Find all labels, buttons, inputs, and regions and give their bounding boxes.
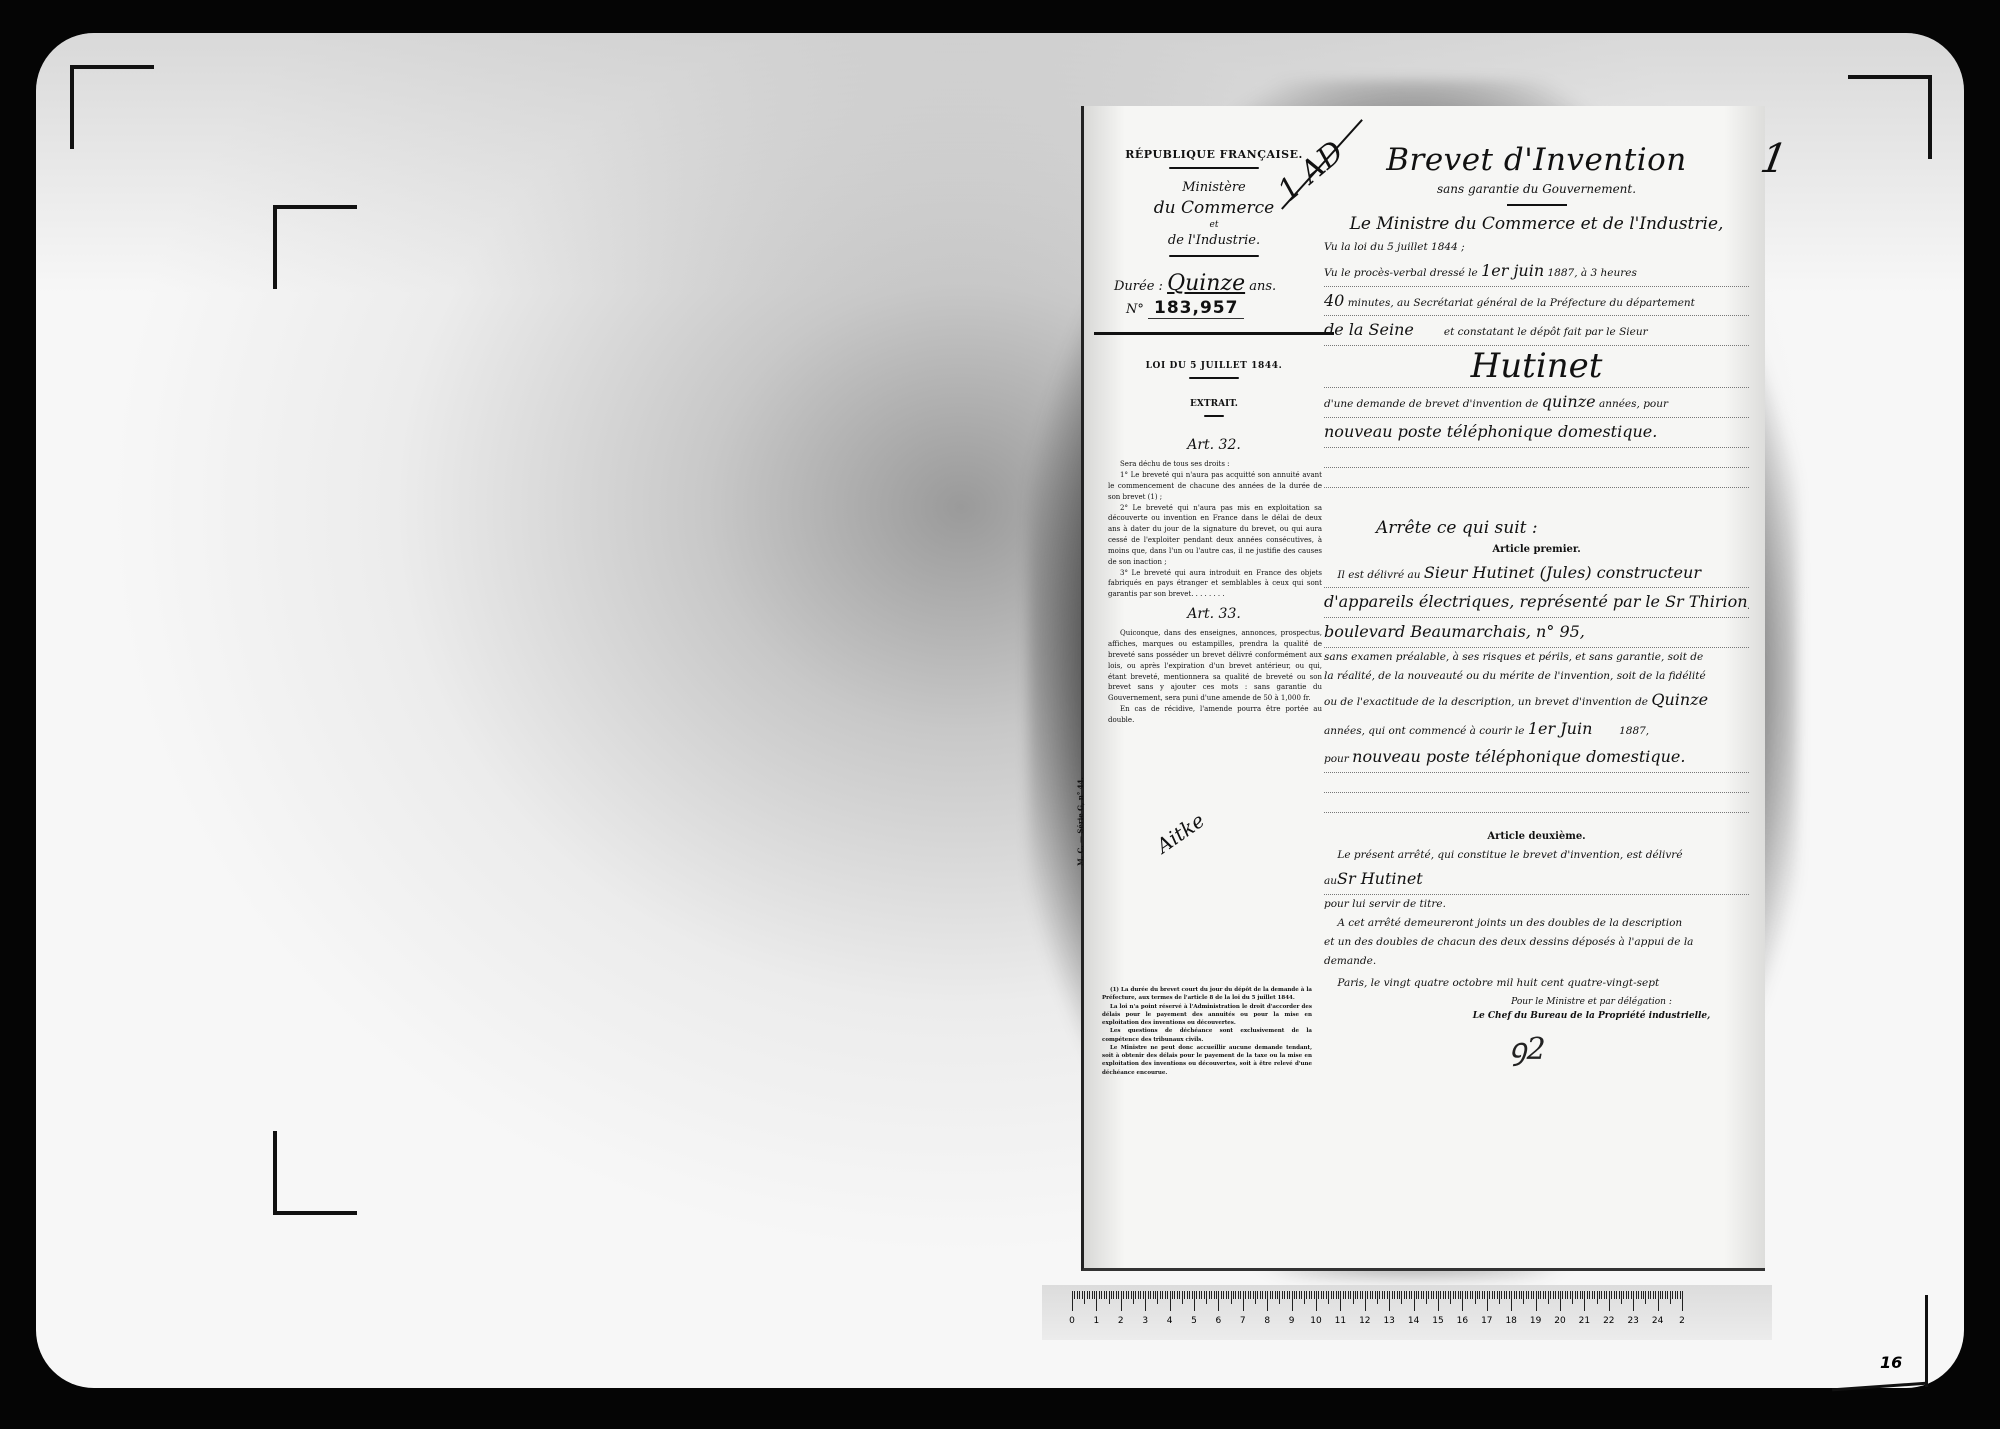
ruler-label: 8 bbox=[1264, 1316, 1270, 1326]
ruler-tick bbox=[1123, 1291, 1124, 1299]
ruler-tick bbox=[1179, 1291, 1180, 1299]
ruler-tick bbox=[1279, 1291, 1280, 1304]
text: Le présent arrêté, qui constitue le brev… bbox=[1337, 849, 1682, 861]
ruler-label: 19 bbox=[1530, 1316, 1541, 1326]
article-line: A cet arrêté demeureront joints un des d… bbox=[1324, 914, 1749, 933]
ruler-tick bbox=[1289, 1291, 1290, 1299]
ruler-tick bbox=[1528, 1291, 1529, 1299]
ruler-tick bbox=[1201, 1291, 1202, 1299]
ruler-tick bbox=[1445, 1291, 1446, 1299]
ruler-tick bbox=[1143, 1291, 1144, 1299]
ruler-label: 13 bbox=[1383, 1316, 1394, 1326]
ruler-tick bbox=[1116, 1291, 1117, 1299]
patent-number: 183,957 bbox=[1148, 298, 1244, 319]
handwritten-text: 1er Juin bbox=[1528, 719, 1593, 738]
ruler-tick bbox=[1582, 1291, 1583, 1299]
ruler-tick bbox=[1353, 1291, 1354, 1304]
ruler-tick bbox=[1553, 1291, 1554, 1299]
ruler-tick bbox=[1379, 1291, 1380, 1299]
ruler-label: 21 bbox=[1579, 1316, 1590, 1326]
ruler-tick bbox=[1565, 1291, 1566, 1299]
duration-value: Quinze bbox=[1167, 271, 1245, 296]
series-reference: M. C. — Série G, n° 44. bbox=[1076, 777, 1085, 866]
republic-heading: RÉPUBLIQUE FRANÇAISE. bbox=[1104, 148, 1324, 161]
article-1-heading: Article premier. bbox=[1324, 544, 1749, 555]
ruler-tick bbox=[1255, 1291, 1256, 1304]
ruler-tick bbox=[1187, 1291, 1188, 1299]
ruler-tick bbox=[1609, 1291, 1610, 1311]
law-paragraph: En cas de récidive, l'amende pourra être… bbox=[1108, 704, 1322, 726]
text: pour bbox=[1324, 898, 1349, 910]
ruler-tick bbox=[1519, 1291, 1520, 1299]
blank-line bbox=[1324, 773, 1749, 793]
ruler-tick bbox=[1458, 1291, 1459, 1299]
ruler-tick bbox=[1311, 1291, 1312, 1299]
document-subtitle: sans garantie du Gouvernement. bbox=[1324, 182, 1749, 196]
text: au bbox=[1324, 875, 1337, 887]
ruler-tick bbox=[1370, 1291, 1371, 1299]
law-paragraph: 1° Le breveté qui n'aura pas acquitté so… bbox=[1108, 470, 1322, 503]
blank-line bbox=[1324, 468, 1749, 488]
ruler-tick bbox=[1145, 1291, 1146, 1311]
ruler-label: 7 bbox=[1240, 1316, 1246, 1326]
footnote: (1) La durée du brevet court du jour du … bbox=[1102, 986, 1312, 1077]
ruler-tick bbox=[1548, 1291, 1549, 1304]
ruler-tick bbox=[1357, 1291, 1358, 1299]
law-paragraph: Quiconque, dans des enseignes, annonces,… bbox=[1108, 628, 1322, 704]
ruler-tick bbox=[1367, 1291, 1368, 1299]
ruler-tick bbox=[1399, 1291, 1400, 1299]
ruler-tick bbox=[1638, 1291, 1639, 1299]
text: 1887, bbox=[1619, 725, 1649, 737]
ruler-tick bbox=[1611, 1291, 1612, 1299]
ruler-tick bbox=[1331, 1291, 1332, 1299]
ruler-tick bbox=[1121, 1291, 1122, 1311]
ruler-tick bbox=[1428, 1291, 1429, 1299]
handwritten-date: 1er juin bbox=[1481, 261, 1544, 280]
ruler-tick bbox=[1397, 1291, 1398, 1299]
handwritten-year: 1887 bbox=[1547, 267, 1574, 279]
ruler-tick bbox=[1253, 1291, 1254, 1299]
ruler-tick bbox=[1470, 1291, 1471, 1299]
ruler-tick bbox=[1326, 1291, 1327, 1299]
ruler-tick bbox=[1672, 1291, 1673, 1299]
ruler-tick bbox=[1633, 1291, 1634, 1311]
ruler-tick bbox=[1209, 1291, 1210, 1299]
handwritten-text: Sr Hutinet bbox=[1337, 869, 1423, 888]
ruler-tick bbox=[1318, 1291, 1319, 1299]
ruler-tick bbox=[1238, 1291, 1239, 1299]
ruler-label: 23 bbox=[1627, 1316, 1638, 1326]
ruler-tick bbox=[1514, 1291, 1515, 1299]
ruler-tick bbox=[1511, 1291, 1512, 1311]
article-32-text: Sera déchu de tous ses droits : 1° Le br… bbox=[1108, 459, 1322, 600]
preamble-line: de la Seine et constatant le dépôt fait … bbox=[1324, 316, 1749, 346]
ruler-tick bbox=[1443, 1291, 1444, 1299]
ruler-tick bbox=[1543, 1291, 1544, 1299]
ruler-tick bbox=[1138, 1291, 1139, 1299]
ruler-tick bbox=[1494, 1291, 1495, 1299]
divider bbox=[1094, 332, 1334, 335]
ruler-tick bbox=[1592, 1291, 1593, 1299]
ruler-tick bbox=[1235, 1291, 1236, 1299]
ruler-tick bbox=[1087, 1291, 1088, 1299]
ruler-tick bbox=[1643, 1291, 1644, 1299]
ruler-tick bbox=[1231, 1291, 1232, 1304]
plate-number: 16 bbox=[1880, 1353, 1902, 1372]
ruler-tick bbox=[1670, 1291, 1671, 1304]
handwritten-minutes: 40 bbox=[1324, 291, 1344, 310]
text: servir de titre. bbox=[1369, 898, 1446, 910]
ruler-tick bbox=[1140, 1291, 1141, 1299]
ruler-tick bbox=[1562, 1291, 1563, 1299]
left-column: RÉPUBLIQUE FRANÇAISE. Ministère du Comme… bbox=[1104, 148, 1324, 726]
ruler-tick bbox=[1226, 1291, 1227, 1299]
ruler-tick bbox=[1660, 1291, 1661, 1299]
ruler-tick bbox=[1275, 1291, 1276, 1299]
ruler-tick bbox=[1636, 1291, 1637, 1299]
ruler-tick bbox=[1667, 1291, 1668, 1299]
ruler-tick bbox=[1375, 1291, 1376, 1299]
divider bbox=[1189, 377, 1239, 379]
ruler-tick bbox=[1572, 1291, 1573, 1304]
article-1-body: Il est délivré au Sieur Hutinet (Jules) … bbox=[1324, 559, 1749, 814]
ruler-tick bbox=[1416, 1291, 1417, 1299]
ruler-tick bbox=[1567, 1291, 1568, 1299]
ruler-tick bbox=[1523, 1291, 1524, 1304]
ruler-tick bbox=[1304, 1291, 1305, 1304]
ruler-tick bbox=[1411, 1291, 1412, 1299]
article-33-text: Quiconque, dans des enseignes, annonces,… bbox=[1108, 628, 1322, 726]
ruler-tick bbox=[1360, 1291, 1361, 1299]
article-line: ou de l'exactitude de la description, un… bbox=[1324, 686, 1749, 715]
ruler-tick bbox=[1248, 1291, 1249, 1299]
ruler-tick bbox=[1340, 1291, 1341, 1311]
crop-mark-bottom-right-vertical bbox=[1925, 1295, 1928, 1387]
text: déposés à l'appui de la bbox=[1572, 936, 1693, 948]
ruler-tick bbox=[1536, 1291, 1537, 1311]
handwritten-text: ont bbox=[1456, 917, 1473, 929]
ruler-tick bbox=[1287, 1291, 1288, 1299]
ruler-tick bbox=[1626, 1291, 1627, 1299]
ruler-tick bbox=[1272, 1291, 1273, 1299]
ruler-tick bbox=[1653, 1291, 1654, 1299]
ruler-tick bbox=[1260, 1291, 1261, 1299]
ruler-tick bbox=[1489, 1291, 1490, 1299]
ruler-tick bbox=[1321, 1291, 1322, 1299]
patent-document: RÉPUBLIQUE FRANÇAISE. Ministère du Comme… bbox=[1081, 106, 1765, 1271]
ruler-tick bbox=[1526, 1291, 1527, 1299]
ruler-tick bbox=[1182, 1291, 1183, 1304]
divider bbox=[1169, 255, 1259, 257]
article-32-heading: Art. 32. bbox=[1104, 437, 1324, 453]
ruler-tick bbox=[1223, 1291, 1224, 1299]
ruler-tick bbox=[1545, 1291, 1546, 1299]
ruler-tick bbox=[1292, 1291, 1293, 1311]
ruler-tick bbox=[1077, 1291, 1078, 1299]
ruler-tick bbox=[1431, 1291, 1432, 1299]
handwritten-text: Sieur Hutinet (Jules) constructeur bbox=[1424, 563, 1701, 582]
ruler-tick bbox=[1160, 1291, 1161, 1299]
ruler-tick bbox=[1658, 1291, 1659, 1311]
ruler-tick bbox=[1404, 1291, 1405, 1299]
ruler-label: 5 bbox=[1191, 1316, 1197, 1326]
text: mil huit cent quatre-vingt-sept bbox=[1497, 977, 1660, 989]
footnote-paragraph: (1) La durée du brevet court du jour du … bbox=[1102, 986, 1312, 1003]
ruler-tick bbox=[1455, 1291, 1456, 1299]
extract-heading: EXTRAIT. bbox=[1104, 399, 1324, 409]
ruler-tick bbox=[1477, 1291, 1478, 1299]
text: années, pour bbox=[1599, 398, 1668, 410]
footnote-paragraph: Les questions de déchéance sont exclusiv… bbox=[1102, 1027, 1312, 1044]
law-paragraph: 3° Le breveté qui aura introduit en Fran… bbox=[1108, 568, 1322, 601]
ruler-tick bbox=[1099, 1291, 1100, 1299]
patent-number-field: N° 183,957 bbox=[1104, 298, 1324, 318]
ruler-tick bbox=[1521, 1291, 1522, 1299]
crop-mark-bottom-left-inner bbox=[273, 1131, 357, 1215]
ruler-tick bbox=[1228, 1291, 1229, 1299]
footnote-paragraph: La loi n'a point réservé à l'Administrat… bbox=[1102, 1003, 1312, 1028]
ruler-tick bbox=[1604, 1291, 1605, 1299]
ruler-tick bbox=[1597, 1291, 1598, 1304]
handwritten-text: nouveau poste téléphonique domestique. bbox=[1352, 747, 1685, 766]
article-line: années, qui ont commencé à courir le 1er… bbox=[1324, 715, 1749, 744]
ruler-tick bbox=[1472, 1291, 1473, 1299]
text: années, qui ont commencé à courir le bbox=[1324, 725, 1525, 737]
ruler-tick bbox=[1465, 1291, 1466, 1299]
ruler-tick bbox=[1177, 1291, 1178, 1299]
text: et constatant le dépôt fait par le Sieur bbox=[1444, 326, 1648, 338]
ruler-tick bbox=[1172, 1291, 1173, 1299]
text: sans examen préalable, à bbox=[1324, 651, 1459, 663]
ruler-tick bbox=[1594, 1291, 1595, 1299]
ruler-tick bbox=[1118, 1291, 1119, 1299]
text: A cet arrêté demeurer bbox=[1337, 917, 1456, 929]
ruler-tick bbox=[1350, 1291, 1351, 1299]
ruler-tick bbox=[1599, 1291, 1600, 1299]
article-line: la réalité, de la nouveauté ou du mérite… bbox=[1324, 667, 1749, 686]
ruler-tick bbox=[1418, 1291, 1419, 1299]
ruler-tick bbox=[1423, 1291, 1424, 1299]
ruler-tick bbox=[1628, 1291, 1629, 1299]
divider bbox=[1204, 415, 1224, 417]
ruler-tick bbox=[1270, 1291, 1271, 1299]
ruler-tick bbox=[1533, 1291, 1534, 1299]
invention-title: nouveau poste téléphonique domestique. bbox=[1324, 422, 1657, 441]
ruler-tick bbox=[1621, 1291, 1622, 1304]
law-title: LOI DU 5 JUILLET 1844. bbox=[1104, 361, 1324, 371]
ruler-label: 10 bbox=[1310, 1316, 1321, 1326]
ruler-tick bbox=[1233, 1291, 1234, 1299]
article-line: sans examen préalable, à ses risques et … bbox=[1324, 648, 1749, 667]
handwritten-text: boulevard Beaumarchais, n° 95, bbox=[1324, 622, 1585, 641]
handwritten-text: lui bbox=[1352, 898, 1365, 910]
ruler-tick bbox=[1221, 1291, 1222, 1299]
blank-line bbox=[1324, 448, 1749, 468]
ruler-tick bbox=[1372, 1291, 1373, 1299]
ruler-tick bbox=[1575, 1291, 1576, 1299]
ruler-tick bbox=[1109, 1291, 1110, 1304]
applicant-line: Hutinet bbox=[1324, 346, 1749, 388]
ruler-label: 22 bbox=[1603, 1316, 1614, 1326]
ruler-tick bbox=[1675, 1291, 1676, 1299]
ruler-tick bbox=[1499, 1291, 1500, 1304]
ruler-tick bbox=[1301, 1291, 1302, 1299]
text: d'une demande de brevet d'invention de bbox=[1324, 398, 1538, 410]
ruler-tick bbox=[1501, 1291, 1502, 1299]
ruler-tick bbox=[1245, 1291, 1246, 1299]
ruler-label: 0 bbox=[1069, 1316, 1075, 1326]
decree-heading: Arrête ce qui suit : bbox=[1324, 518, 1749, 538]
ruler-tick bbox=[1577, 1291, 1578, 1299]
ruler-ticks: 0123456789101112131415161718192021222324… bbox=[1072, 1291, 1682, 1321]
ruler-tick bbox=[1362, 1291, 1363, 1299]
ruler-tick bbox=[1309, 1291, 1310, 1299]
article-line: Il est délivré au Sieur Hutinet (Jules) … bbox=[1324, 559, 1749, 589]
ruler-tick bbox=[1153, 1291, 1154, 1299]
ruler-tick bbox=[1421, 1291, 1422, 1299]
ministry-line: et bbox=[1104, 219, 1324, 231]
footnote-paragraph: Le Ministre ne peut donc accueillir aucu… bbox=[1102, 1044, 1312, 1077]
ruler-tick bbox=[1104, 1291, 1105, 1299]
ruler-tick bbox=[1409, 1291, 1410, 1299]
ruler-tick bbox=[1433, 1291, 1434, 1299]
ruler-tick bbox=[1382, 1291, 1383, 1299]
ruler-tick bbox=[1601, 1291, 1602, 1299]
ruler-tick bbox=[1662, 1291, 1663, 1299]
handwritten-date: vingt quatre octobre bbox=[1384, 977, 1494, 989]
ruler-tick bbox=[1540, 1291, 1541, 1299]
ruler-tick bbox=[1240, 1291, 1241, 1299]
ruler-tick bbox=[1343, 1291, 1344, 1299]
article-33-heading: Art. 33. bbox=[1104, 606, 1324, 622]
text: ou de l'exactitude de la description, un… bbox=[1324, 696, 1648, 708]
text: pour bbox=[1324, 753, 1349, 765]
ruler-tick bbox=[1092, 1291, 1093, 1299]
ruler-tick bbox=[1250, 1291, 1251, 1299]
ruler-tick bbox=[1265, 1291, 1266, 1299]
law-paragraph: 2° Le breveté qui n'aura pas mis en expl… bbox=[1108, 503, 1322, 568]
invention-line: nouveau poste téléphonique domestique. bbox=[1324, 418, 1749, 448]
ruler-tick bbox=[1645, 1291, 1646, 1304]
ruler-tick bbox=[1560, 1291, 1561, 1311]
crop-mark-top-right bbox=[1848, 75, 1932, 159]
ruler-tick bbox=[1184, 1291, 1185, 1299]
handwritten-department: de la Seine bbox=[1324, 320, 1414, 339]
preamble-line: Vu le procès-verbal dressé le 1er juin 1… bbox=[1324, 257, 1749, 287]
text: Vu le procès-verbal dressé le bbox=[1324, 267, 1478, 279]
divider bbox=[1507, 204, 1567, 206]
ruler-label: 14 bbox=[1408, 1316, 1419, 1326]
ruler-tick bbox=[1333, 1291, 1334, 1299]
ruler-tick bbox=[1555, 1291, 1556, 1299]
handwritten-years: quinze bbox=[1542, 392, 1596, 411]
ruler-tick bbox=[1218, 1291, 1219, 1311]
minister-heading: Le Ministre du Commerce et de l'Industri… bbox=[1324, 214, 1749, 234]
ruler-tick bbox=[1194, 1291, 1195, 1311]
ruler-label: 12 bbox=[1359, 1316, 1370, 1326]
article-2-body: Le présent arrêté, qui constitue le brev… bbox=[1324, 846, 1749, 993]
ruler-label: 24 bbox=[1652, 1316, 1663, 1326]
ruler-tick bbox=[1131, 1291, 1132, 1299]
ruler-tick bbox=[1211, 1291, 1212, 1299]
ruler-tick bbox=[1479, 1291, 1480, 1299]
ruler-tick bbox=[1096, 1291, 1097, 1311]
ruler-tick bbox=[1401, 1291, 1402, 1304]
ruler-tick bbox=[1587, 1291, 1588, 1299]
blank-line bbox=[1324, 793, 1749, 813]
handwritten-initials: Aitke bbox=[1152, 808, 1209, 858]
ruler-tick bbox=[1336, 1291, 1337, 1299]
preamble-line: d'une demande de brevet d'invention de q… bbox=[1324, 388, 1749, 418]
ruler-tick bbox=[1082, 1291, 1083, 1299]
ruler-tick bbox=[1189, 1291, 1190, 1299]
ruler-tick bbox=[1192, 1291, 1193, 1299]
ruler-tick bbox=[1365, 1291, 1366, 1311]
text: joints un des doubles de la description bbox=[1477, 917, 1682, 929]
ruler-tick bbox=[1243, 1291, 1244, 1311]
ruler-tick bbox=[1167, 1291, 1168, 1299]
ruler-tick bbox=[1384, 1291, 1385, 1299]
ruler-label: 20 bbox=[1554, 1316, 1565, 1326]
preamble-line: Vu la loi du 5 juillet 1844 ; bbox=[1324, 238, 1749, 257]
ruler-tick bbox=[1348, 1291, 1349, 1299]
ruler-tick bbox=[1450, 1291, 1451, 1304]
handwritten-text: ses bbox=[1462, 651, 1479, 663]
ruler-tick bbox=[1282, 1291, 1283, 1299]
ruler-tick bbox=[1584, 1291, 1585, 1311]
ruler-tick bbox=[1316, 1291, 1317, 1311]
article-line: pour nouveau poste téléphonique domestiq… bbox=[1324, 743, 1749, 773]
ruler-tick bbox=[1448, 1291, 1449, 1299]
ruler-tick bbox=[1680, 1291, 1681, 1299]
ruler-tick bbox=[1084, 1291, 1085, 1304]
ruler-label: 18 bbox=[1505, 1316, 1516, 1326]
ruler-tick bbox=[1106, 1291, 1107, 1299]
ruler-tick bbox=[1345, 1291, 1346, 1299]
ruler-tick bbox=[1323, 1291, 1324, 1299]
ruler-tick bbox=[1150, 1291, 1151, 1299]
ruler-label: 15 bbox=[1432, 1316, 1443, 1326]
ruler-tick bbox=[1135, 1291, 1136, 1299]
ruler-tick bbox=[1475, 1291, 1476, 1304]
article-line: pour lui servir de titre. bbox=[1324, 895, 1749, 914]
ruler-tick bbox=[1079, 1291, 1080, 1299]
ruler-tick bbox=[1606, 1291, 1607, 1299]
article-line: auSr Hutinet bbox=[1324, 865, 1749, 895]
ruler-label: 2 bbox=[1679, 1316, 1685, 1326]
ruler-label: 11 bbox=[1335, 1316, 1346, 1326]
ruler-tick bbox=[1199, 1291, 1200, 1299]
ruler-tick bbox=[1538, 1291, 1539, 1299]
ruler-tick bbox=[1641, 1291, 1642, 1299]
handwritten-text: d'appareils électriques, représenté par … bbox=[1324, 592, 1749, 611]
ruler-tick bbox=[1623, 1291, 1624, 1299]
ruler-tick bbox=[1531, 1291, 1532, 1299]
ruler-tick bbox=[1294, 1291, 1295, 1299]
crop-mark-top-left-outer bbox=[70, 65, 154, 149]
ruler-tick bbox=[1580, 1291, 1581, 1299]
ruler-tick bbox=[1165, 1291, 1166, 1299]
ruler-tick bbox=[1550, 1291, 1551, 1299]
ruler-tick bbox=[1589, 1291, 1590, 1299]
ruler-tick bbox=[1619, 1291, 1620, 1299]
ruler-label: 6 bbox=[1216, 1316, 1222, 1326]
ruler-tick bbox=[1460, 1291, 1461, 1299]
article-line: Le présent arrêté, qui constitue le brev… bbox=[1324, 846, 1749, 865]
ruler-tick bbox=[1616, 1291, 1617, 1299]
ruler-tick bbox=[1650, 1291, 1651, 1299]
